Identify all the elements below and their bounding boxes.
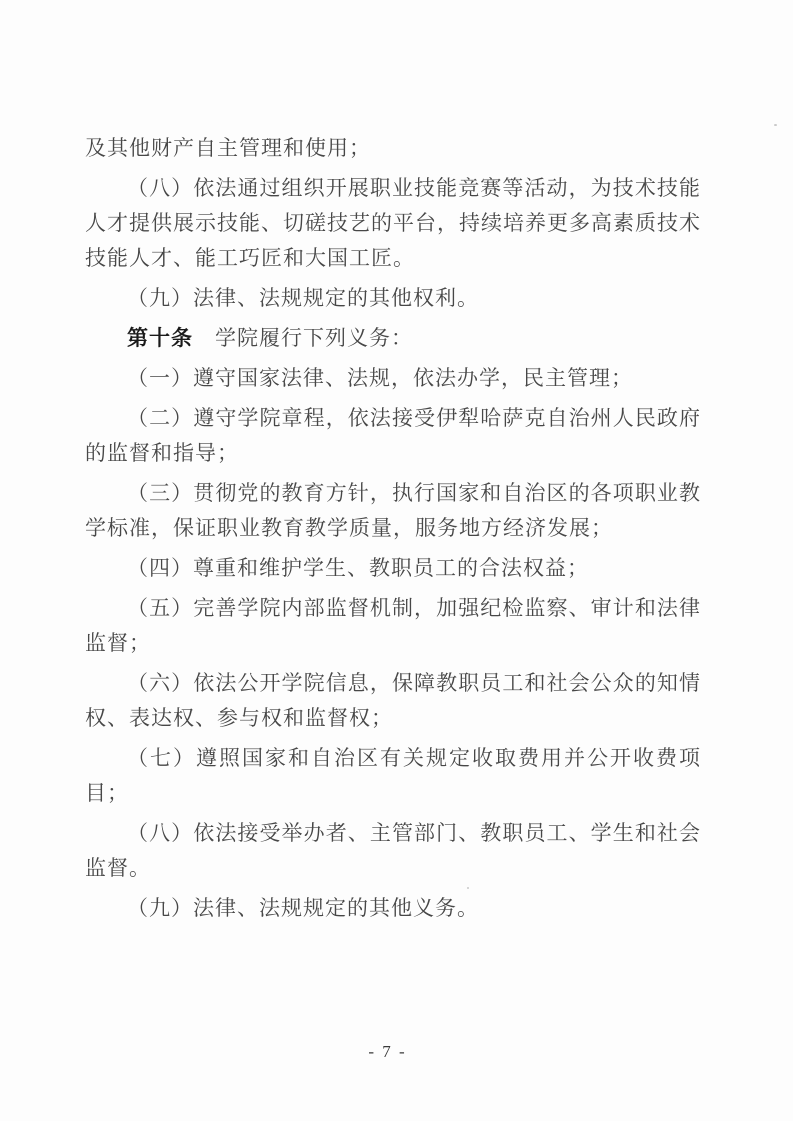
paragraph: （八）依法接受举办者、主管部门、教职员工、学生和社会监督。 (85, 816, 701, 886)
page-number: - 7 - (368, 1042, 406, 1062)
document-body: 及其他财产自主管理和使用；（八）依法通过组织开展职业技能竞赛等活动，为技术技能人… (85, 131, 701, 931)
article-number: 第十条 (127, 327, 193, 350)
page-footer: - 7 - (0, 1042, 793, 1062)
scan-speck (774, 124, 777, 126)
scan-speck (467, 887, 469, 889)
paragraph: （八）依法通过组织开展职业技能竞赛等活动，为技术技能人才提供展示技能、切磋技艺的… (85, 171, 701, 276)
paragraph: （四）尊重和维护学生、教职员工的合法权益； (85, 551, 701, 586)
paragraph: （一）遵守国家法律、法规，依法办学，民主管理； (85, 361, 701, 396)
paragraph: （九）法律、法规规定的其他权利。 (85, 281, 701, 316)
paragraph: 第十条 学院履行下列义务： (85, 321, 701, 356)
scanned-document-page: 及其他财产自主管理和使用；（八）依法通过组织开展职业技能竞赛等活动，为技术技能人… (0, 0, 793, 1121)
paragraph: （七）遵照国家和自治区有关规定收取费用并公开收费项目； (85, 741, 701, 811)
paragraph: （二）遵守学院章程，依法接受伊犁哈萨克自治州人民政府的监督和指导； (85, 401, 701, 471)
paragraph: （九）法律、法规规定的其他义务。 (85, 891, 701, 926)
paragraph: （三）贯彻党的教育方针，执行国家和自治区的各项职业教学标准，保证职业教育教学质量… (85, 476, 701, 546)
paragraph: （五）完善学院内部监督机制，加强纪检监察、审计和法律监督； (85, 591, 701, 661)
paragraph: （六）依法公开学院信息，保障教职员工和社会公众的知情权、表达权、参与权和监督权； (85, 666, 701, 736)
paragraph: 及其他财产自主管理和使用； (85, 131, 701, 166)
